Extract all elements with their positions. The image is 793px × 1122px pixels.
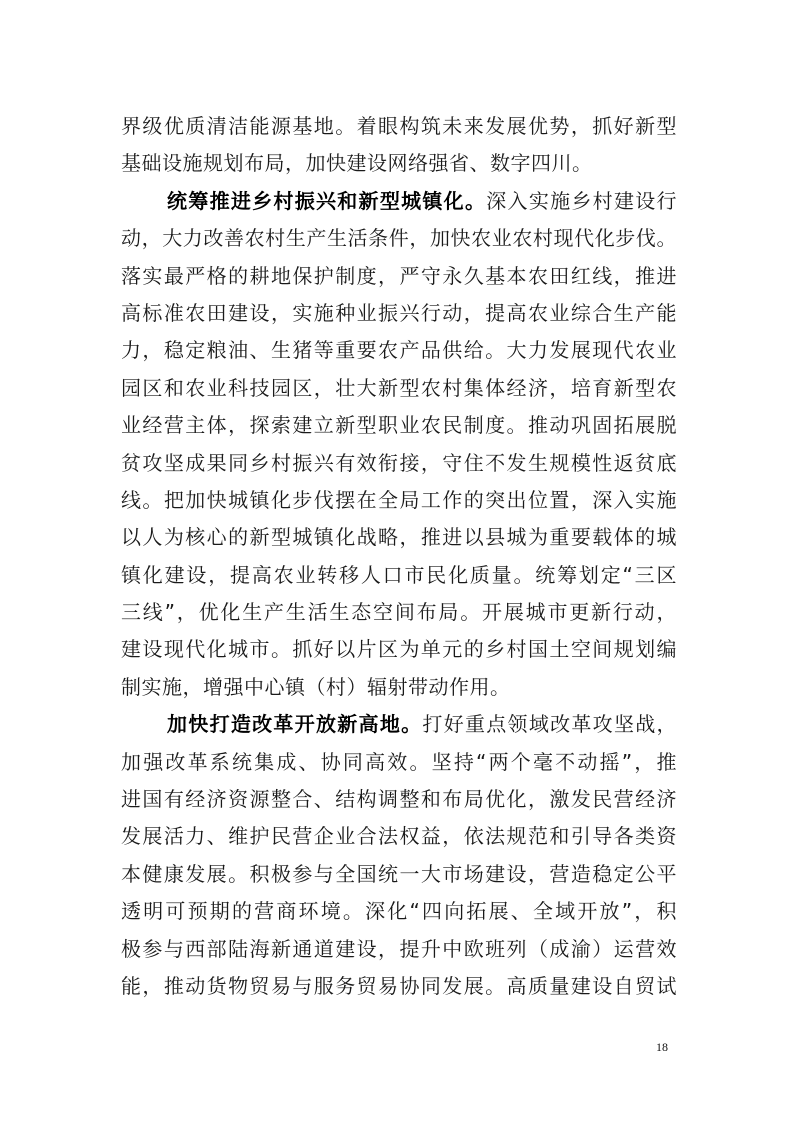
text-line: 落实最严格的耕地保护制度，严守永久基本农田红线，推进 — [121, 258, 677, 295]
text-line: 制实施，增强中心镇（村）辐射带动作用。 — [121, 669, 677, 706]
text-line: 加强改革系统集成、协同高效。坚持“两个毫不动摇”，推 — [121, 744, 677, 781]
text-line: 三线”，优化生产生活生态空间布局。开展城市更新行动， — [121, 594, 677, 631]
paragraph-first-line: 加快打造改革开放新高地。打好重点领域改革攻坚战， — [121, 706, 677, 743]
text-line: 业经营主体，探索建立新型职业农民制度。推动巩固拓展脱 — [121, 407, 677, 444]
text-line: 透明可预期的营商环境。深化“四向拓展、全域开放”，积 — [121, 893, 677, 930]
text-line: 发展活力、维护民营企业合法权益，依法规范和引导各类资 — [121, 818, 677, 855]
text-line: 动，大力改善农村生产生活条件，加快农业农村现代化步伐。 — [121, 220, 677, 257]
text-line: 高标准农田建设，实施种业振兴行动，提高农业综合生产能 — [121, 295, 677, 332]
text-span: 打好重点领域改革攻坚战， — [422, 712, 677, 736]
text-line: 建设现代化城市。抓好以片区为单元的乡村国土空间规划编 — [121, 631, 677, 668]
paragraph-first-line: 统筹推进乡村振兴和新型城镇化。深入实施乡村建设行 — [121, 183, 677, 220]
text-line: 进国有经济资源整合、结构调整和布局优化，激发民营经济 — [121, 781, 677, 818]
paragraph-heading: 统筹推进乡村振兴和新型城镇化。 — [167, 189, 486, 213]
document-body: 界级优质清洁能源基地。着眼构筑未来发展优势，抓好新型 基础设施规划布局，加快建设… — [121, 108, 677, 1005]
text-line: 极参与西部陆海新通道建设，提升中欧班列（成渝）运营效 — [121, 931, 677, 968]
paragraph-heading: 加快打造改革开放新高地。 — [167, 712, 422, 736]
text-line: 线。把加快城镇化步伐摆在全局工作的突出位置，深入实施 — [121, 482, 677, 519]
text-line: 界级优质清洁能源基地。着眼构筑未来发展优势，抓好新型 — [121, 108, 677, 145]
text-line: 本健康发展。积极参与全国统一大市场建设，营造稳定公平 — [121, 856, 677, 893]
text-line: 贫攻坚成果同乡村振兴有效衔接，守住不发生规模性返贫底 — [121, 445, 677, 482]
text-line: 基础设施规划布局，加快建设网络强省、数字四川。 — [121, 145, 677, 182]
document-page: 界级优质清洁能源基地。着眼构筑未来发展优势，抓好新型 基础设施规划布局，加快建设… — [0, 0, 793, 1122]
text-line: 镇化建设，提高农业转移人口市民化质量。统筹划定“三区 — [121, 557, 677, 594]
text-span: 深入实施乡村建设行 — [486, 189, 677, 213]
text-line: 以人为核心的新型城镇化战略，推进以县城为重要载体的城 — [121, 519, 677, 556]
page-number: 18 — [656, 1040, 668, 1055]
text-line: 能，推动货物贸易与服务贸易协同发展。高质量建设自贸试 — [121, 968, 677, 1005]
text-line: 园区和农业科技园区，壮大新型农村集体经济，培育新型农 — [121, 370, 677, 407]
text-line: 力，稳定粮油、生猪等重要农产品供给。大力发展现代农业 — [121, 332, 677, 369]
